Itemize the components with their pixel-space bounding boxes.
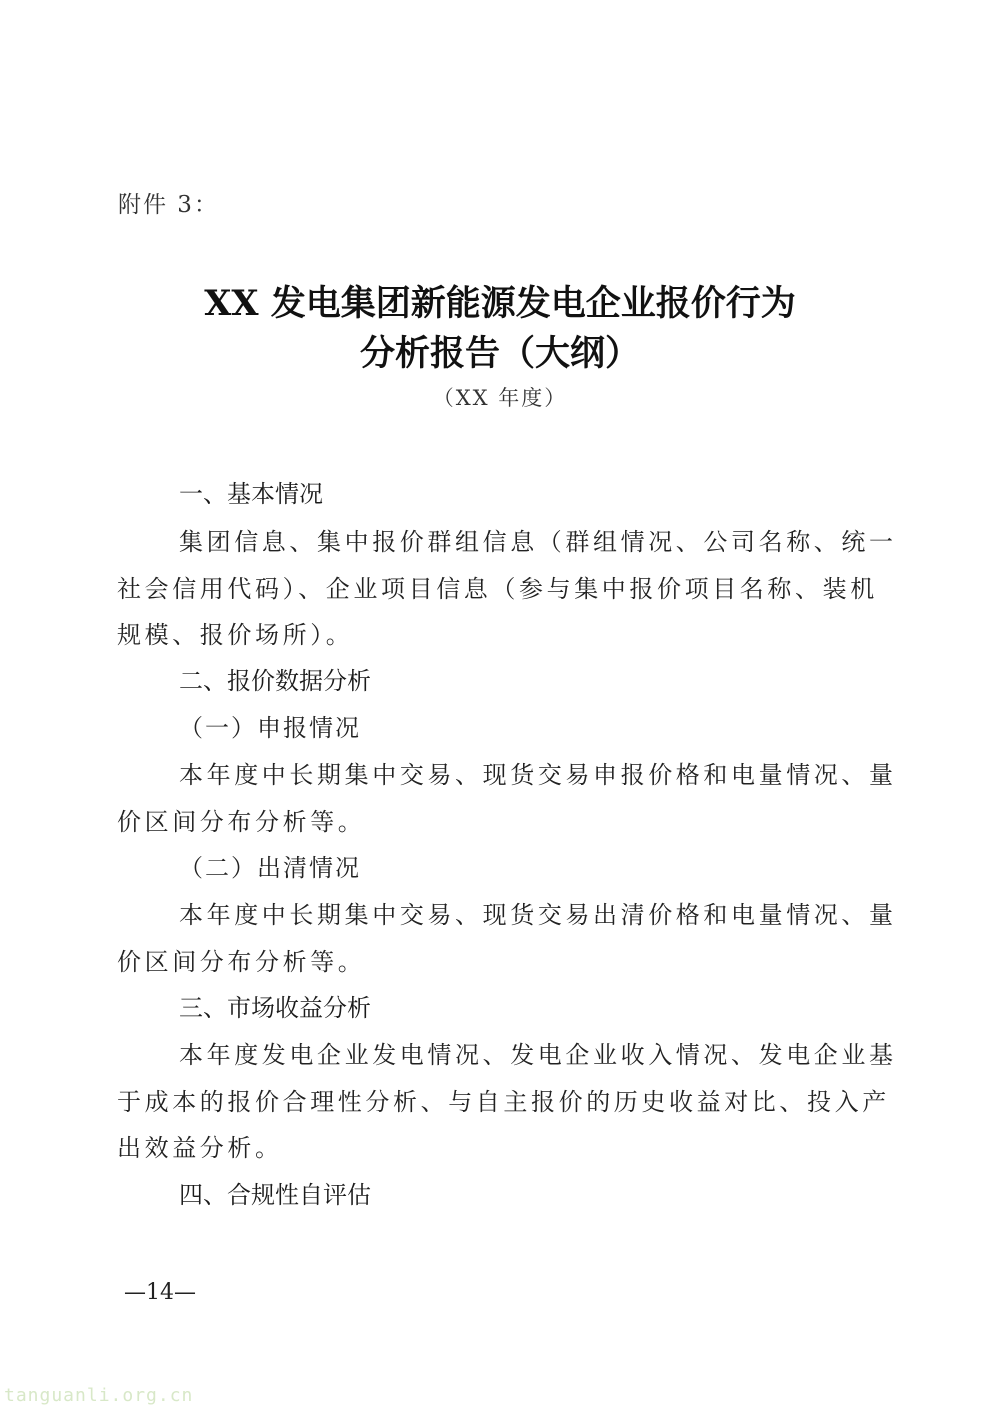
page-number: —14— xyxy=(124,1280,196,1305)
document-title-line2: 分析报告（大纲） xyxy=(0,326,1000,376)
document-title-line1: XX 发电集团新能源发电企业报价行为 xyxy=(0,276,1000,326)
paragraph-line: 出效益分析。 xyxy=(117,1128,283,1163)
section-heading-basic-info: 一、基本情况 xyxy=(179,474,323,509)
subsection-heading-clearing: （二）出清情况 xyxy=(179,848,361,883)
document-page: 附件 3： XX 发电集团新能源发电企业报价行为 分析报告（大纲） （XX 年度… xyxy=(0,0,1000,1413)
attachment-label: 附件 3： xyxy=(118,186,219,219)
section-heading-market-revenue: 三、市场收益分析 xyxy=(179,988,371,1023)
subsection-heading-declaration: （一）申报情况 xyxy=(179,708,361,743)
paragraph-line: 本年度发电企业发电情况、发电企业收入情况、发电企业基 xyxy=(179,1035,897,1070)
paragraph-line: 价区间分布分析等。 xyxy=(117,942,365,977)
section-heading-compliance: 四、合规性自评估 xyxy=(179,1175,371,1210)
paragraph-line: 社会信用代码）、企业项目信息（参与集中报价项目名称、装机 xyxy=(117,569,878,604)
watermark: tanguanli.org.cn xyxy=(4,1385,193,1406)
paragraph-line: 本年度中长期集中交易、现货交易出清价格和电量情况、量 xyxy=(179,895,897,930)
paragraph-line: 于成本的报价合理性分析、与自主报价的历史收益对比、投入产 xyxy=(117,1082,890,1117)
paragraph-line: 价区间分布分析等。 xyxy=(117,802,365,837)
paragraph-line: 本年度中长期集中交易、现货交易申报价格和电量情况、量 xyxy=(179,755,897,790)
document-title-year: （XX 年度） xyxy=(0,382,1000,412)
paragraph-line: 集团信息、集中报价群组信息（群组情况、公司名称、统一 xyxy=(179,522,897,557)
section-heading-bid-data-analysis: 二、报价数据分析 xyxy=(179,661,371,696)
paragraph-line: 规模、报价场所）。 xyxy=(117,615,353,650)
